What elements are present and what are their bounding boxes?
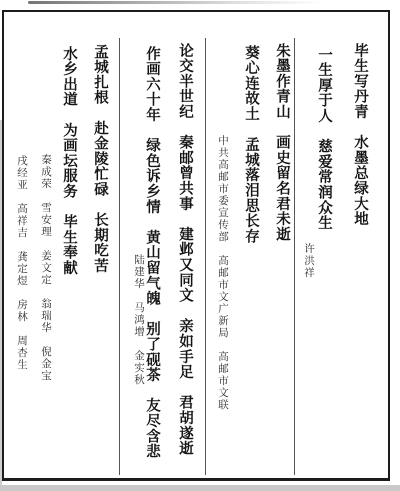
scanned-elegy-page: 毕生写丹青 水墨总绿大地 一生厚于人 慈爱常润众生 许洪祥 朱墨作青山 画史留名… xyxy=(0,0,400,491)
elegy-1-couplet-line-2: 一生厚于人 慈爱常润众生 xyxy=(314,47,331,231)
elegy-1-signature: 许洪祥 xyxy=(301,243,314,279)
elegy-4-couplet-line-1: 孟城扎根 赴金陵忙碌 长期吃苦 xyxy=(90,44,107,274)
elegy-3-signature: 陆建华 马鸿增 金实秋 xyxy=(131,254,144,386)
elegy-3-couplet-line-1: 论交半世纪 秦邮曾共事 建邺又同文 亲如手足 君胡遂逝 xyxy=(175,43,192,456)
elegy-4-couplet-line-2: 水乡出道 为画坛服务 毕生奉献 xyxy=(59,46,76,276)
elegy-4-signature-column-1: 秦成荣 雪安理 姜文定 翁瑞华 倪金宝 xyxy=(38,154,51,382)
scan-smudge-top xyxy=(28,1,323,4)
elegy-2-signature: 中共高邮市委宣传部 高邮市文广新局 高邮市文联 xyxy=(215,135,228,411)
scan-shadow-bottom xyxy=(0,485,400,491)
elegy-2-couplet-line-1: 朱墨作青山 画史留名君未逝 xyxy=(272,43,289,242)
elegy-1-couplet-line-1: 毕生写丹青 水墨总绿大地 xyxy=(350,43,367,227)
group-divider-line xyxy=(294,38,295,475)
elegy-4-signature-column-2: 戌经亚 高祥吉 龚定煜 房林 周杏生 xyxy=(14,155,27,371)
group-divider-line xyxy=(205,38,206,475)
elegy-2-couplet-line-2: 葵心连故土 孟城落泪思长存 xyxy=(241,45,258,244)
elegy-3-couplet-line-2: 作画六十年 绿色诉乡情 黄山留气魄 别了砚茶 友尽含悲 xyxy=(142,46,159,459)
group-divider-line xyxy=(119,38,120,475)
